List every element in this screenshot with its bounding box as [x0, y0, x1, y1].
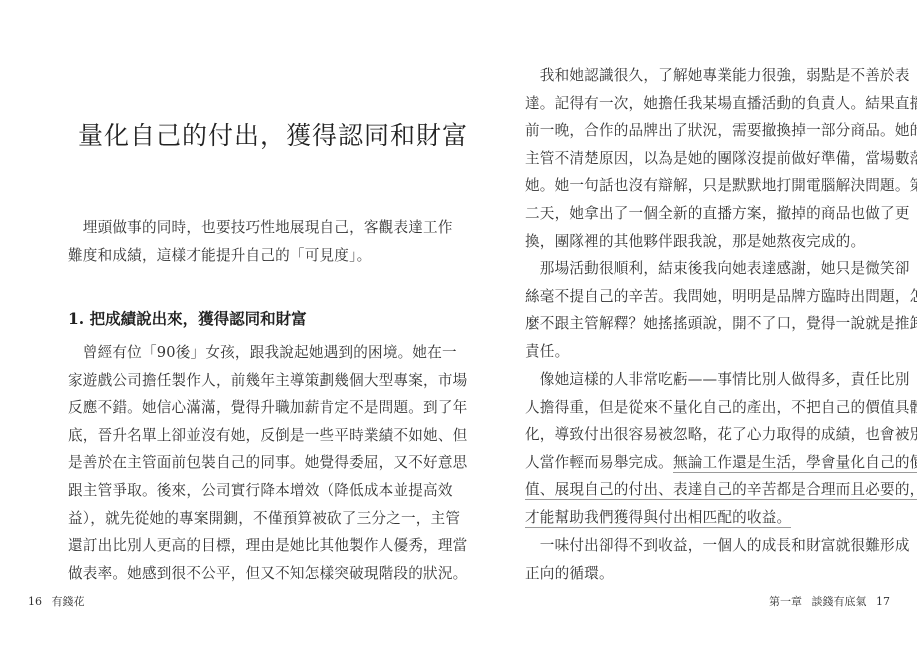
text-line: 那場活動很順利，結束後我向她表達感謝，她只是微笑卻 [525, 255, 917, 283]
text-line: 我和她認識很久，了解她專業能力很強，弱點是不善於表 [525, 62, 917, 90]
text-line: 換，團隊裡的其他夥伴跟我說，那是她熬夜完成的。 [525, 228, 917, 256]
section-heading: 1. 把成績說出來，獲得認同和財富 [68, 307, 307, 329]
paragraph-4: 一味付出卻得不到收益，一個人的成長和財富就很難形成 正向的循環。 [525, 532, 910, 587]
book-title: 有錢花 [52, 595, 85, 608]
text-line: 做表率。她感到很不公平，但又不知怎樣突破現階段的狀況。 [68, 560, 467, 588]
page-number: 16 [28, 595, 42, 608]
text-line: 益），就先從她的專案開鍘，不僅預算被砍了三分之一，主管 [68, 505, 467, 533]
intro-paragraph: 埋頭做事的同時，也要技巧性地展現自己，客觀表達工作 難度和成績，這樣才能提升自己… [68, 214, 453, 269]
text-line: 一味付出卻得不到收益，一個人的成長和財富就很難形成 [525, 532, 910, 560]
text-line: 是善於在主管面前包裝自己的同事。她覺得委屈，又不好意思 [68, 449, 467, 477]
text-line: 跟主管爭取。後來，公司實行降本增效（降低成本並提高效 [68, 477, 467, 505]
plain-text: 人當作輕而易舉完成。 [525, 454, 673, 471]
paragraph-1: 我和她認識很久，了解她專業能力很強，弱點是不善於表 達。記得有一次，她擔任我某場… [525, 62, 917, 255]
text-line: 責任。 [525, 338, 917, 366]
text-line: 人當作輕而易舉完成。無論工作還是生活，學會量化自己的價 [525, 449, 917, 477]
body-paragraph: 曾經有位「90後」女孩，跟我說起她遇到的困境。她在一 家遊戲公司擔任製作人，前幾… [68, 339, 467, 587]
right-page: 我和她認識很久，了解她專業能力很強，弱點是不善於表 達。記得有一次，她擔任我某場… [459, 0, 917, 650]
text-line: 化，導致付出很容易被忽略，花了心力取得的成績，也會被別 [525, 421, 917, 449]
text-line: 難度和成績，這樣才能提升自己的「可見度」。 [68, 242, 453, 270]
text-line: 反應不錯。她信心滿滿，覺得升職加薪肯定不是問題。到了年 [68, 394, 467, 422]
text-line: 主管不清楚原因，以為是她的團隊沒提前做好準備，當場數落 [525, 145, 917, 173]
page-number: 17 [876, 595, 890, 608]
text-line: 底，晉升名單上卻並沒有她，反倒是一些平時業績不如她、但 [68, 422, 467, 450]
text-line: 前一晚，合作的品牌出了狀況，需要撤換掉一部分商品。她的 [525, 117, 917, 145]
text-line: 二天，她拿出了一個全新的直播方案，撤掉的商品也做了更 [525, 200, 917, 228]
text-line: 還訂出比別人更高的目標，理由是她比其他製作人優秀，理當 [68, 532, 467, 560]
text-line: 絲毫不提自己的辛苦。我問她，明明是品牌方臨時出問題，怎 [525, 283, 917, 311]
chapter-title-footer: 談錢有底氣 [812, 595, 867, 608]
text-line: 值、展現自己的付出、表達自己的辛苦都是合理而且必要的， [525, 476, 917, 504]
text-line: 曾經有位「90後」女孩，跟我說起她遇到的困境。她在一 [68, 339, 467, 367]
chapter-title: 量化自己的付出，獲得認同和財富 [78, 116, 468, 152]
text-line: 她。她一句話也沒有辯解，只是默默地打開電腦解決問題。第 [525, 172, 917, 200]
text-line: 像她這樣的人非常吃虧——事情比別人做得多，責任比別 [525, 366, 917, 394]
right-footer: 第一章 談錢有底氣 17 [769, 593, 890, 609]
text-line: 才能幫助我們獲得與付出相匹配的收益。 [525, 504, 917, 532]
text-line: 人擔得重，但是從來不量化自己的產出，不把自己的價值具體 [525, 394, 917, 422]
text-line: 正向的循環。 [525, 560, 910, 588]
paragraph-2: 那場活動很順利，結束後我向她表達感謝，她只是微笑卻 絲毫不提自己的辛苦。我問她，… [525, 255, 917, 365]
text-line: 麼不跟主管解釋？她搖搖頭說，開不了口，覺得一說就是推卸 [525, 310, 917, 338]
underlined-text: 無論工作還是生活，學會量化自己的價 [673, 454, 917, 473]
chapter-label: 第一章 [769, 595, 802, 608]
text-line: 家遊戲公司擔任製作人，前幾年主導策劃幾個大型專案，市場 [68, 367, 467, 395]
text-line: 達。記得有一次，她擔任我某場直播活動的負責人。結果直播 [525, 90, 917, 118]
left-footer: 16 有錢花 [28, 593, 91, 609]
underlined-text: 值、展現自己的付出、表達自己的辛苦都是合理而且必要的， [525, 481, 917, 500]
text-line: 埋頭做事的同時，也要技巧性地展現自己，客觀表達工作 [68, 214, 453, 242]
underlined-text: 才能幫助我們獲得與付出相匹配的收益。 [525, 509, 791, 528]
left-page: 量化自己的付出，獲得認同和財富 埋頭做事的同時，也要技巧性地展現自己，客觀表達工… [0, 0, 458, 650]
paragraph-3: 像她這樣的人非常吃虧——事情比別人做得多，責任比別 人擔得重，但是從來不量化自己… [525, 366, 917, 532]
